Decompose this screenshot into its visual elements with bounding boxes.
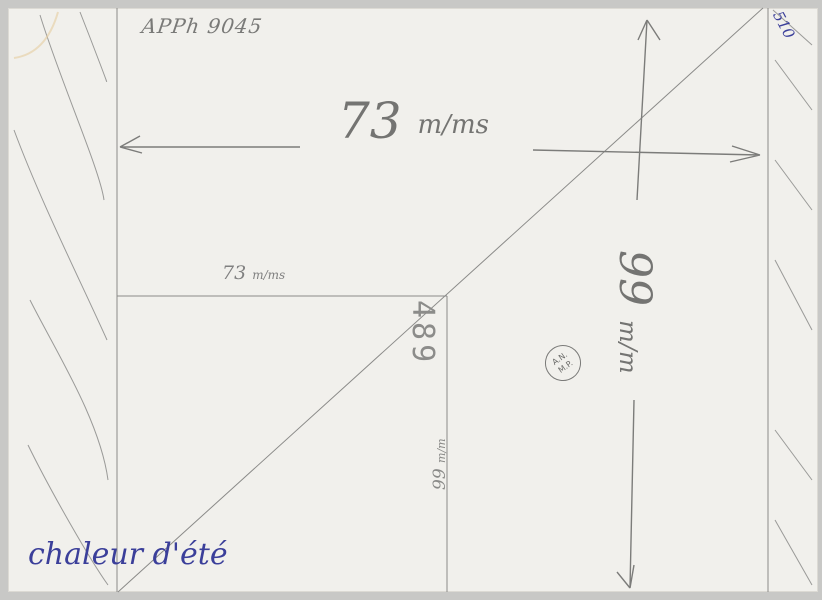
right-arrow xyxy=(533,146,760,162)
large-width-label: 73 m/ms xyxy=(338,92,489,150)
large-height-unit: m/m xyxy=(614,320,642,374)
large-width-unit: m/ms xyxy=(418,110,489,140)
small-height-value: 99 xyxy=(430,468,450,490)
small-height-unit: m/m xyxy=(435,438,448,463)
reference-number: APPh 9045 xyxy=(140,14,264,38)
large-height-label: 99 m/m xyxy=(609,250,660,374)
down-arrow xyxy=(617,400,634,588)
large-width-value: 73 xyxy=(338,92,402,150)
handwritten-title: chaleur d'été xyxy=(28,537,228,572)
small-width-value: 73 xyxy=(222,262,246,284)
small-height-label: 99 m/m xyxy=(430,438,450,490)
small-width-label: 73 m/ms xyxy=(222,262,285,284)
up-arrow xyxy=(637,20,660,200)
stamped-number: 489 xyxy=(405,300,440,366)
left-arrow xyxy=(120,136,300,153)
small-width-unit: m/ms xyxy=(252,268,285,282)
large-height-value: 99 xyxy=(609,250,660,306)
